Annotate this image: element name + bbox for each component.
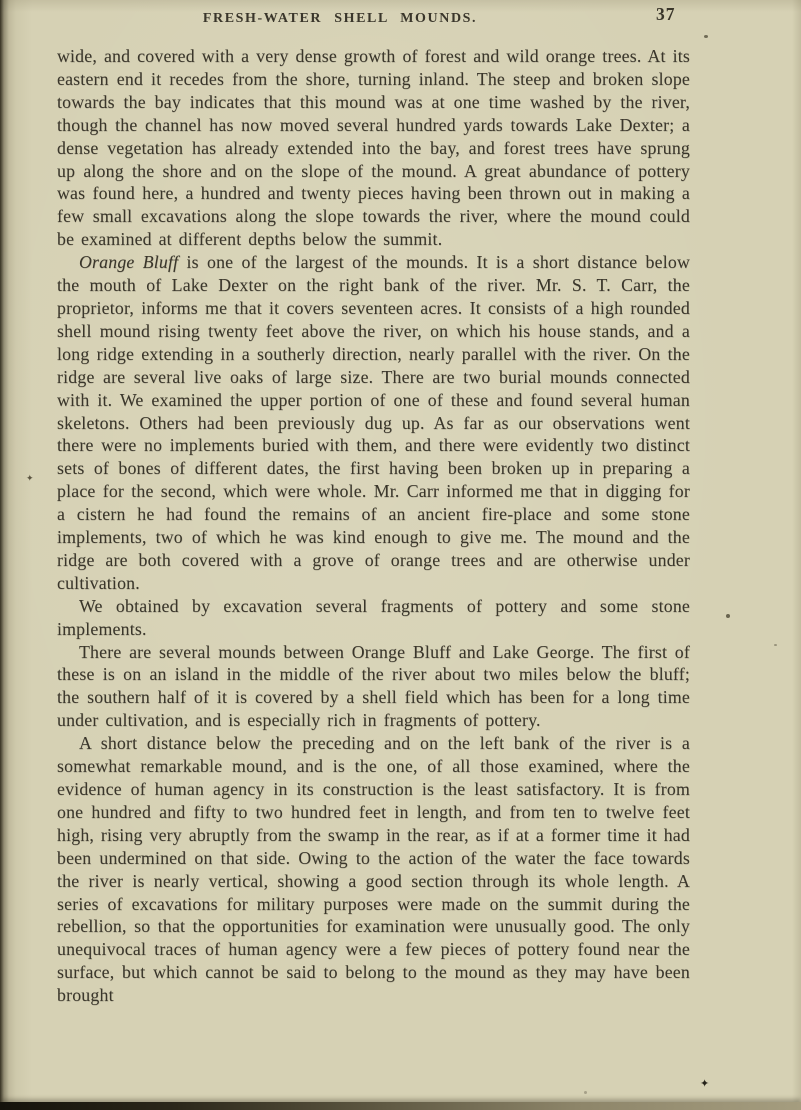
paragraph: We obtained by excavation several fragme… — [57, 595, 690, 641]
paper-speck — [584, 1091, 587, 1094]
paragraph-text: wide, and covered with a very dense grow… — [57, 46, 690, 249]
margin-star-ink-mark: ✦ — [26, 474, 34, 483]
page-number: 37 — [656, 4, 676, 25]
paragraph-lead-italic: Orange Bluff — [79, 252, 178, 272]
paragraph: A short distance below the preceding and… — [57, 732, 690, 1007]
paragraph: wide, and covered with a very dense grow… — [57, 45, 690, 251]
paper-speck — [704, 35, 708, 38]
paragraph-text: is one of the largest of the mounds. It … — [57, 252, 690, 593]
paragraph-text: A short distance below the preceding and… — [57, 733, 690, 1005]
paper-speck — [774, 644, 777, 646]
page-body-text: wide, and covered with a very dense grow… — [57, 45, 690, 1007]
paragraph: There are several mounds between Orange … — [57, 641, 690, 733]
page-bottom-scan-edge — [0, 1102, 801, 1110]
book-page-scan: FRESH-WATER SHELL MOUNDS. 37 wide, and c… — [0, 0, 801, 1110]
running-header: FRESH-WATER SHELL MOUNDS. — [203, 11, 477, 27]
paragraph-text: There are several mounds between Orange … — [57, 642, 690, 731]
paper-speck — [726, 614, 730, 618]
paragraph: Orange Bluff is one of the largest of th… — [57, 251, 690, 595]
paragraph-text: We obtained by excavation several fragme… — [57, 596, 690, 639]
bottom-dagger-ink-mark: ✦ — [700, 1079, 709, 1090]
